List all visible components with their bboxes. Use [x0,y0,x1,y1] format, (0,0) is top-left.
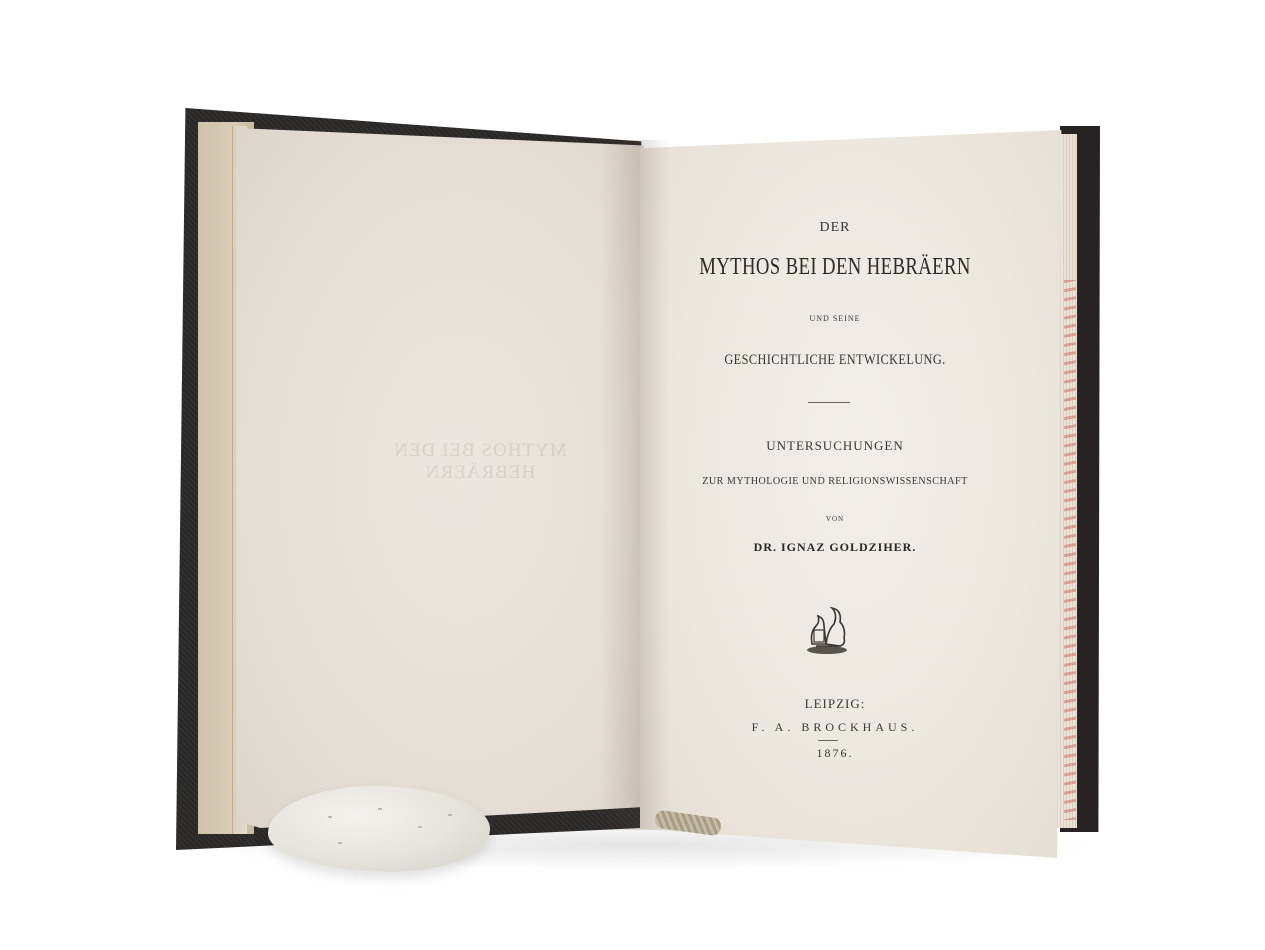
white-stone [268,786,490,872]
red-sprinkled-edge [1064,280,1076,820]
stone-speck [338,842,342,844]
divider-rule-small [818,740,838,741]
stone-speck [328,816,332,818]
series-title: UNTERSUCHUNGEN [650,438,1020,454]
title-conjunction: UND SEINE [650,314,1020,323]
stone-speck [448,814,452,816]
stone-speck [418,826,422,828]
griffin-emblem-icon [804,604,850,656]
author-name: DR. IGNAZ GOLDZIHER. [650,540,1020,555]
book-subtitle: GESCHICHTLICHE ENTWICKELUNG. [683,352,986,369]
series-subtitle: ZUR MYTHOLOGIE UND RELIGIONSWISSENSCHAFT [665,475,1005,487]
stone-speck [378,808,382,810]
divider-rule [808,402,850,403]
publisher-name: F. A. BROCKHAUS. [650,720,1020,735]
book-photo: MYTHOS BEI DEN HEBRÄERN DER MYTHOS BEI D… [0,0,1265,950]
by-label: VON [650,515,1020,523]
title-page: DER MYTHOS BEI DEN HEBRÄERN UND SEINE GE… [650,130,1020,830]
title-article: DER [650,220,1020,236]
bleed-through-text: MYTHOS BEI DEN HEBRÄERN [340,440,620,484]
book-title: MYTHOS BEI DEN HEBRÄERN [691,254,980,281]
publication-year: 1876. [650,746,1020,761]
publication-city: LEIPZIG: [650,696,1020,712]
